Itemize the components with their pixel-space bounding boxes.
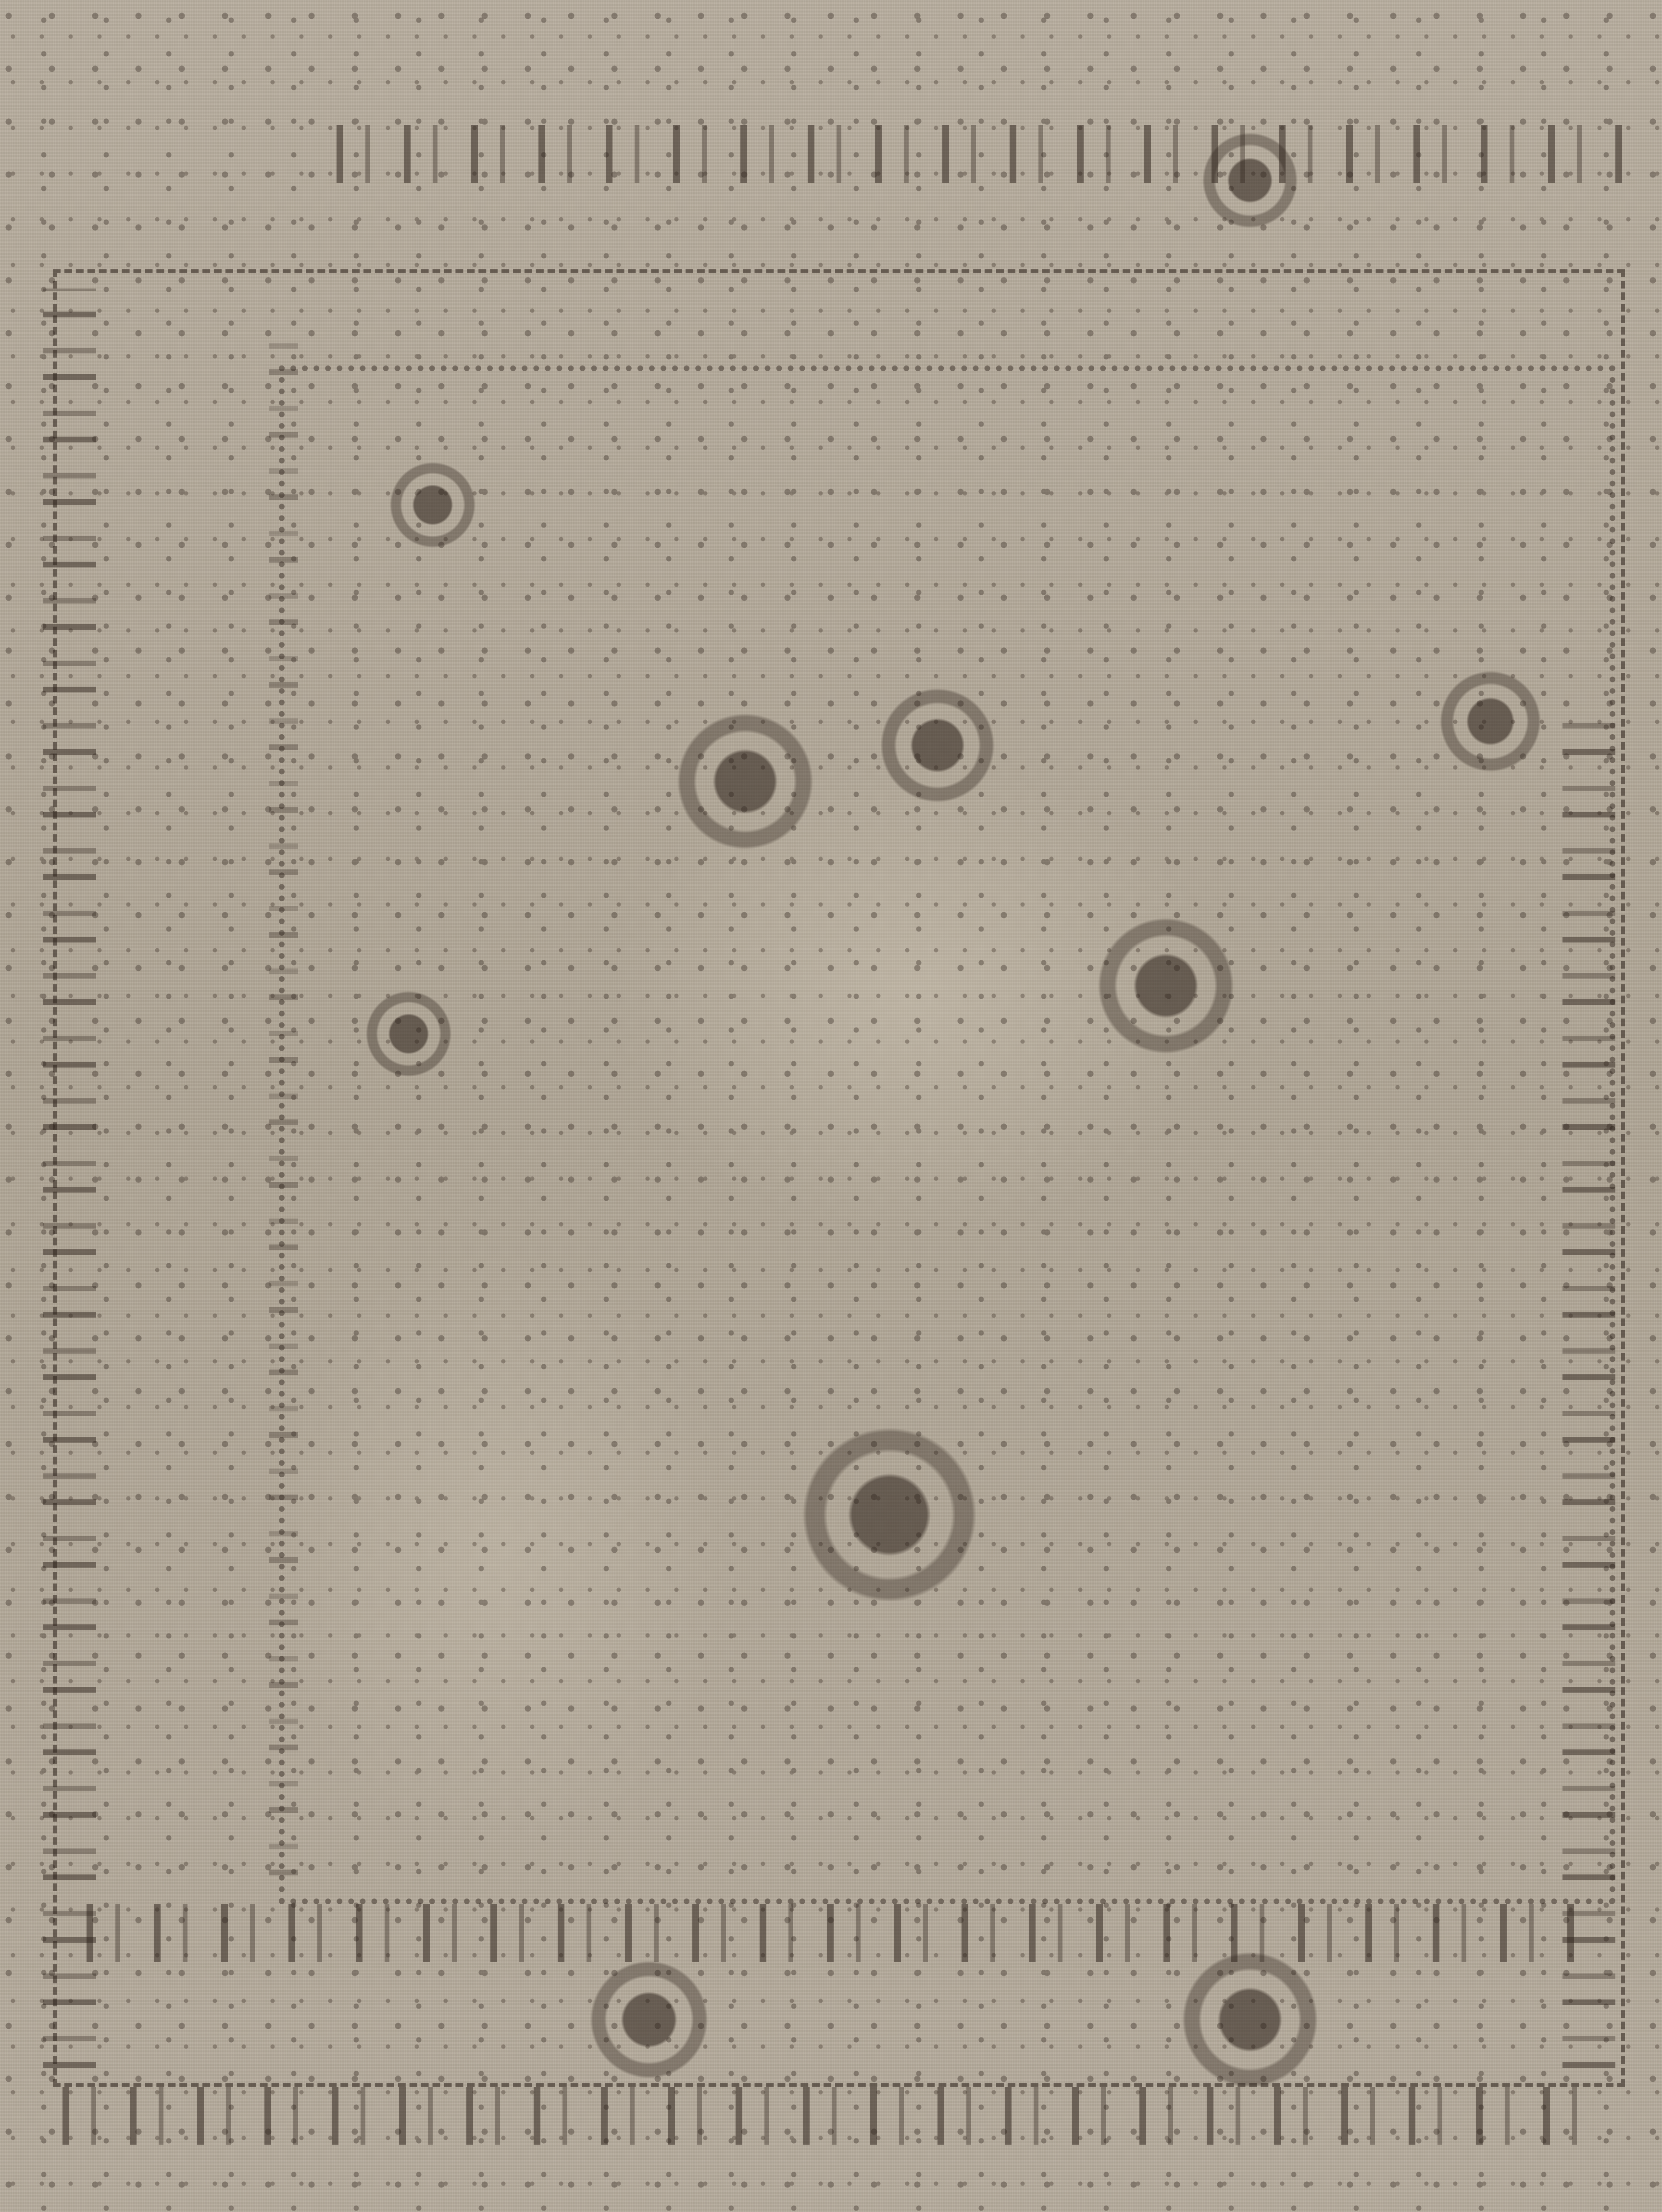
top-border-band: [337, 125, 1635, 183]
inner-border: [279, 365, 1615, 1904]
right-border-band: [1562, 721, 1615, 2068]
rug-photo: [0, 0, 1662, 2212]
bottom-border-band-upper: [87, 1904, 1577, 1962]
bottom-border-band-lower: [62, 2087, 1601, 2145]
left-border-band: [43, 289, 96, 2068]
left-inner-guard: [269, 337, 298, 1875]
